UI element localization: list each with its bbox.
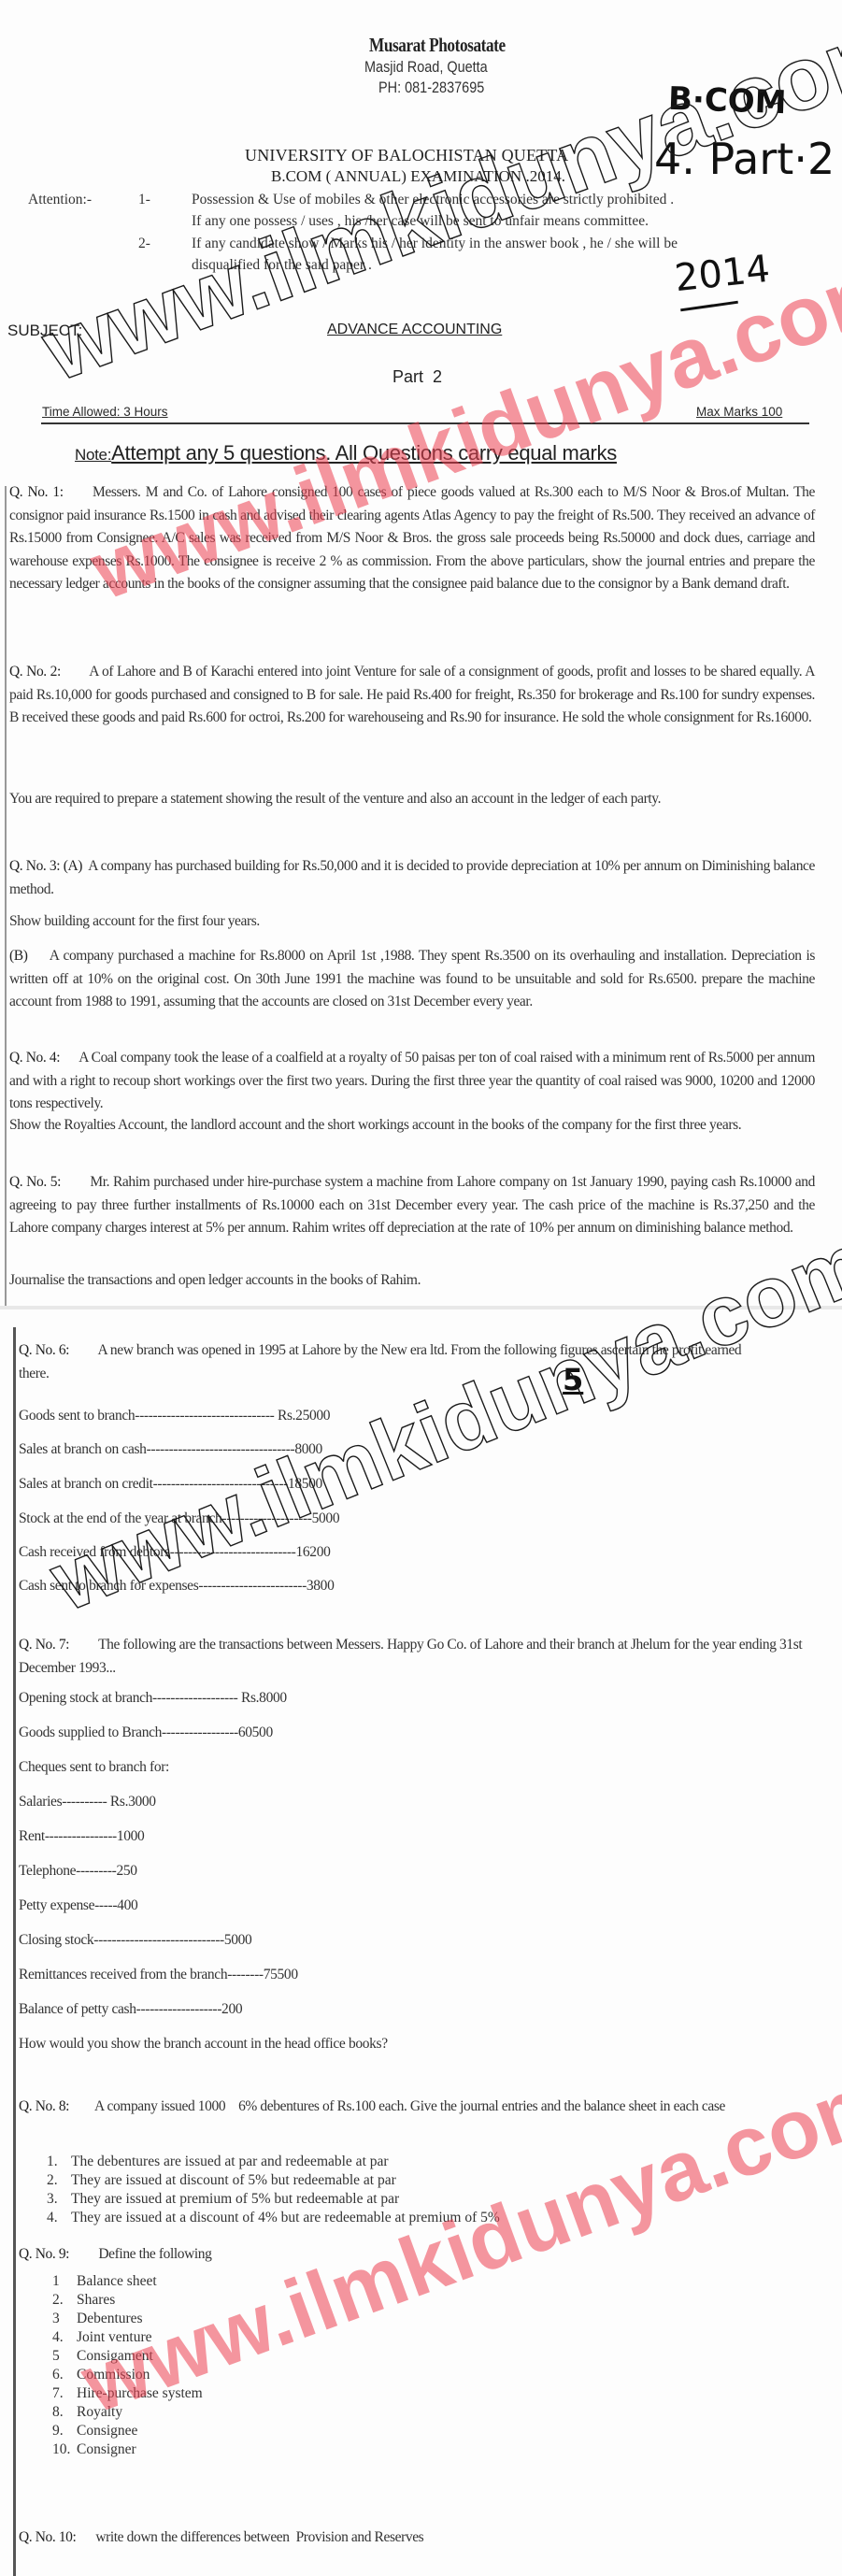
q7-item: Telephone---------250 bbox=[19, 1860, 137, 1882]
q9-term: 6.Commission bbox=[52, 2366, 203, 2384]
question-4-text: A Coal company took the lease of a coalf… bbox=[9, 1050, 815, 1111]
question-10-label: Q. No. 10: bbox=[19, 2529, 76, 2545]
question-3-label: Q. No. 3: (A) bbox=[9, 858, 82, 874]
q7-item: Salaries---------- Rs.3000 bbox=[19, 1791, 156, 1813]
question-6-label: Q. No. 6: bbox=[19, 1342, 69, 1358]
shop-name: Musarat Photosatate bbox=[369, 34, 506, 57]
question-6-text: A new branch was opened in 1995 at Lahor… bbox=[19, 1342, 741, 1381]
q7-question: How would you show the branch account in… bbox=[19, 2033, 388, 2055]
q7-item: Remittances received from the branch----… bbox=[19, 1964, 298, 1986]
university-name: UNIVERSITY OF BALOCHISTAN QUETTA bbox=[245, 146, 568, 165]
shop-address: Masjid Road, Quetta bbox=[364, 58, 488, 77]
question-2-label: Q. No. 2: bbox=[9, 664, 61, 680]
question-9-text: Define the following bbox=[98, 2246, 211, 2262]
q6-item: Sales at branch on credit---------------… bbox=[19, 1473, 322, 1496]
note-label: Note: bbox=[75, 446, 111, 464]
q6-item: Cash sent to branch for expenses--------… bbox=[19, 1575, 334, 1597]
header-rule bbox=[41, 422, 809, 424]
q7-item: Cheques sent to branch for: bbox=[19, 1756, 169, 1779]
year-underline bbox=[680, 301, 738, 312]
question-7-text: The following are the transactions betwe… bbox=[19, 1637, 802, 1676]
q8-case: 1.The debentures are issued at par and r… bbox=[47, 2153, 500, 2171]
exam-paper: Musarat Photosatate Masjid Road, Quetta … bbox=[0, 0, 842, 2576]
question-3a: Q. No. 3: (A) A company has purchased bu… bbox=[9, 855, 815, 901]
question-3b: (B) A company purchased a machine for Rs… bbox=[9, 945, 815, 1014]
question-3b-text: A company purchased a machine for Rs.800… bbox=[9, 948, 815, 1009]
question-6: Q. No. 6: A new branch was opened in 199… bbox=[19, 1339, 766, 1385]
handwritten-paper: 4. Part·2 bbox=[654, 134, 835, 184]
q8-case: 4.They are issued at a discount of 4% bu… bbox=[47, 2209, 500, 2227]
question-5-requirement: Journalise the transactions and open led… bbox=[9, 1269, 815, 1293]
question-10: Q. No. 10: write down the differences be… bbox=[19, 2526, 766, 2550]
question-8-label: Q. No. 8: bbox=[19, 2098, 69, 2114]
page-2-edge bbox=[13, 1327, 16, 2576]
exam-title: B.COM ( ANNUAL) EXAMINATION .2014. bbox=[271, 167, 565, 186]
q9-term: 5Consigament bbox=[52, 2347, 203, 2366]
question-2-requirement: You are required to prepare a statement … bbox=[9, 788, 815, 811]
attention-2-line-1: If any candidate show / Marks his / her … bbox=[192, 236, 678, 252]
q9-term: 3Debentures bbox=[52, 2310, 203, 2328]
attention-2-line-2: disqualified for the said paper . bbox=[192, 257, 372, 274]
question-7-label: Q. No. 7: bbox=[19, 1637, 69, 1653]
question-9: Q. No. 9: Define the following bbox=[19, 2243, 579, 2267]
note: Note:Attempt any 5 questions. All Questi… bbox=[75, 441, 617, 465]
q7-item: Balance of petty cash-------------------… bbox=[19, 1998, 242, 2021]
question-4-label: Q. No. 4: bbox=[9, 1050, 60, 1066]
subject-label: SUBJECT: bbox=[7, 322, 82, 340]
q6-item: Stock at the end of the year at branch--… bbox=[19, 1508, 339, 1530]
attention-num-2: 2- bbox=[138, 236, 150, 252]
q7-item: Opening stock at branch-----------------… bbox=[19, 1687, 287, 1710]
q6-item: Sales at branch on cash-----------------… bbox=[19, 1438, 322, 1461]
q8-case: 2.They are issued at discount of 5% but … bbox=[47, 2171, 500, 2190]
q7-item: Closing stock---------------------------… bbox=[19, 1929, 251, 1952]
question-4: Q. No. 4: A Coal company took the lease … bbox=[9, 1047, 815, 1116]
question-3b-label: (B) bbox=[9, 948, 27, 964]
question-5: Q. No. 5: Mr. Rahim purchased under hire… bbox=[9, 1171, 815, 1240]
time-allowed: Time Allowed: 3 Hours bbox=[42, 405, 168, 419]
question-3a-text: A company has purchased building for Rs.… bbox=[9, 858, 815, 897]
q6-item: Goods sent to branch--------------------… bbox=[19, 1405, 330, 1427]
handwritten-course: B·COM bbox=[667, 80, 787, 122]
q7-item: Goods supplied to Branch----------------… bbox=[19, 1722, 273, 1744]
question-1-text: Messers. M and Co. of Lahore consigned 1… bbox=[9, 484, 815, 592]
question-3a-requirement: Show building account for the first four… bbox=[9, 910, 815, 934]
question-7: Q. No. 7: The following are the transact… bbox=[19, 1634, 813, 1680]
question-2: Q. No. 2: A of Lahore and B of Karachi e… bbox=[9, 661, 815, 730]
q7-item: Petty expense-----400 bbox=[19, 1895, 137, 1917]
q9-term: 10.Consigner bbox=[52, 2440, 203, 2459]
q8-case: 3.They are issued at premium of 5% but r… bbox=[47, 2190, 500, 2209]
page-1-edge bbox=[5, 486, 7, 1309]
part-label: Part 2 bbox=[392, 367, 442, 387]
question-8: Q. No. 8: A company issued 1000 6% deben… bbox=[19, 2096, 794, 2119]
subject-title: ADVANCE ACCOUNTING bbox=[327, 322, 502, 338]
question-9-terms: 1Balance sheet 2.Shares 3Debentures 4.Jo… bbox=[52, 2272, 203, 2459]
q6-item: Cash received from debtors--------------… bbox=[19, 1541, 331, 1564]
q7-item: Rent----------------1000 bbox=[19, 1825, 144, 1848]
question-8-cases: 1.The debentures are issued at par and r… bbox=[47, 2153, 500, 2227]
question-2-text: A of Lahore and B of Karachi entered int… bbox=[9, 664, 815, 725]
handwritten-page-mark: 5 bbox=[563, 1362, 583, 1397]
max-marks: Max Marks 100 bbox=[696, 405, 782, 419]
page-separator bbox=[0, 1306, 842, 1309]
attention-1-line-1: Possession & Use of mobiles & other elec… bbox=[192, 192, 674, 208]
q9-term: 2.Shares bbox=[52, 2291, 203, 2310]
q9-term: 7.Hire-purchase system bbox=[52, 2384, 203, 2403]
question-10-text: write down the differences between Provi… bbox=[95, 2529, 423, 2545]
q9-term: 9.Consignee bbox=[52, 2422, 203, 2440]
question-5-label: Q. No. 5: bbox=[9, 1174, 61, 1190]
q9-term: 4.Joint venture bbox=[52, 2328, 203, 2347]
note-text: Attempt any 5 questions. All Questions c… bbox=[111, 441, 617, 465]
question-1: Q. No. 1: Messers. M and Co. of Lahore c… bbox=[9, 481, 815, 596]
question-5-text: Mr. Rahim purchased under hire-purchase … bbox=[9, 1174, 815, 1236]
q9-term: 8.Royalty bbox=[52, 2403, 203, 2422]
question-8-text: A company issued 1000 6% debentures of R… bbox=[94, 2098, 725, 2114]
shop-phone: PH: 081-2837695 bbox=[378, 79, 484, 97]
handwritten-year: 2014 bbox=[673, 248, 772, 300]
attention-1-line-2: If any one possess / uses , his /her cas… bbox=[192, 213, 649, 230]
attention-num-1: 1- bbox=[138, 192, 150, 208]
attention-label: Attention:- bbox=[28, 192, 92, 208]
q9-term: 1Balance sheet bbox=[52, 2272, 203, 2291]
question-1-label: Q. No. 1: bbox=[9, 484, 64, 500]
question-4-requirement: Show the Royalties Account, the landlord… bbox=[9, 1114, 815, 1138]
question-9-label: Q. No. 9: bbox=[19, 2246, 69, 2262]
